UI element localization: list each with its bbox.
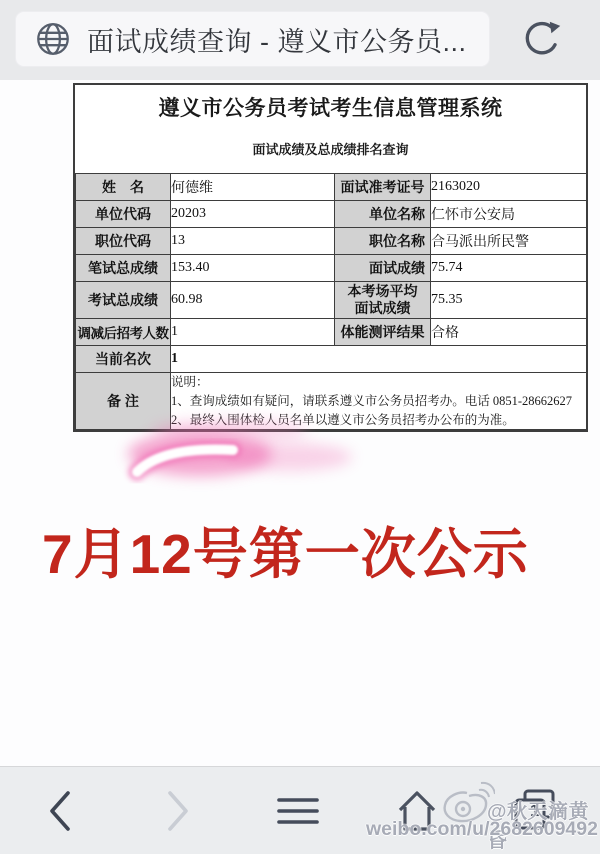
tabs-icon[interactable]: 1: [511, 787, 559, 835]
field-value: 20203: [171, 201, 335, 228]
rank-label: 当前名次: [76, 346, 171, 373]
page-title: 面试成绩查询 - 遵义市公务员...: [87, 20, 467, 59]
home-icon[interactable]: [393, 787, 441, 835]
rank-value: 1: [171, 346, 587, 373]
forward-icon[interactable]: [152, 787, 200, 835]
field-label: 面试成绩: [335, 255, 431, 282]
table-row: 单位代码 20203 单位名称 仁怀市公安局: [76, 201, 587, 228]
browser-top-bar: 面试成绩查询 - 遵义市公务员...: [0, 0, 600, 81]
field-label: 调减后招考人数: [76, 319, 171, 346]
field-value: 合格: [431, 319, 587, 346]
field-label: 考试总成绩: [76, 282, 171, 319]
tab-count: 1: [530, 801, 539, 820]
refresh-icon[interactable]: [520, 16, 566, 62]
system-title: 遵义市公务员考试考生信息管理系统: [75, 92, 586, 122]
web-page-content: 遵义市公务员考试考生信息管理系统 面试成绩及总成绩排名查询 姓 名 何德维 面试…: [0, 80, 600, 766]
query-subtitle: 面试成绩及总成绩排名查询: [75, 139, 586, 158]
field-value: 153.40: [171, 255, 335, 282]
field-value: 合马派出所民警: [431, 228, 587, 255]
score-table: 姓 名 何德维 面试准考证号 2163020 单位代码 20203 单位名称 仁…: [75, 173, 587, 430]
table-row: 当前名次 1: [76, 346, 587, 373]
table-row: 姓 名 何德维 面试准考证号 2163020: [76, 174, 587, 201]
field-value: 2163020: [431, 174, 587, 201]
field-label: 笔试总成绩: [76, 255, 171, 282]
field-label: 职位代码: [76, 228, 171, 255]
field-value: 仁怀市公安局: [431, 201, 587, 228]
field-value: 何德维: [171, 174, 335, 201]
remark-text: 说明： 1、查询成绩如有疑问，请联系遵义市公务员招考办。电话 0851-2866…: [171, 373, 587, 430]
field-value: 75.35: [431, 282, 587, 319]
field-label: 体能测评结果: [335, 319, 431, 346]
globe-icon: [34, 20, 72, 58]
field-value: 13: [171, 228, 335, 255]
back-icon[interactable]: [38, 787, 86, 835]
result-sheet: 遵义市公务员考试考生信息管理系统 面试成绩及总成绩排名查询 姓 名 何德维 面试…: [73, 83, 588, 432]
address-bar[interactable]: 面试成绩查询 - 遵义市公务员...: [15, 11, 490, 67]
table-row: 调减后招考人数 1 体能测评结果 合格: [76, 319, 587, 346]
field-label: 职位名称: [335, 228, 431, 255]
stamp-text: 7月12号第一次公示: [42, 510, 529, 589]
table-row: 职位代码 13 职位名称 合马派出所民警: [76, 228, 587, 255]
field-label: 姓 名: [76, 174, 171, 201]
field-value: 1: [171, 319, 335, 346]
field-label: 单位代码: [76, 201, 171, 228]
table-row: 备 注 说明： 1、查询成绩如有疑问，请联系遵义市公务员招考办。电话 0851-…: [76, 373, 587, 430]
remark-note: 说明：: [171, 373, 586, 392]
field-label: 本考场平均面试成绩: [335, 282, 431, 319]
remark-line-2: 2、最终入围体检人员名单以遵义市公务员招考办公布的为准。: [171, 411, 586, 430]
browser-bottom-bar: 1: [0, 766, 600, 854]
field-value: 60.98: [171, 282, 335, 319]
table-row: 笔试总成绩 153.40 面试成绩 75.74: [76, 255, 587, 282]
remark-label: 备 注: [76, 373, 171, 430]
field-label: 面试准考证号: [335, 174, 431, 201]
menu-icon[interactable]: [274, 787, 322, 835]
remark-line-1: 1、查询成绩如有疑问，请联系遵义市公务员招考办。电话 0851-28662627: [171, 392, 586, 411]
table-row: 考试总成绩 60.98 本考场平均面试成绩 75.35: [76, 282, 587, 319]
field-value: 75.74: [431, 255, 587, 282]
field-label: 单位名称: [335, 201, 431, 228]
